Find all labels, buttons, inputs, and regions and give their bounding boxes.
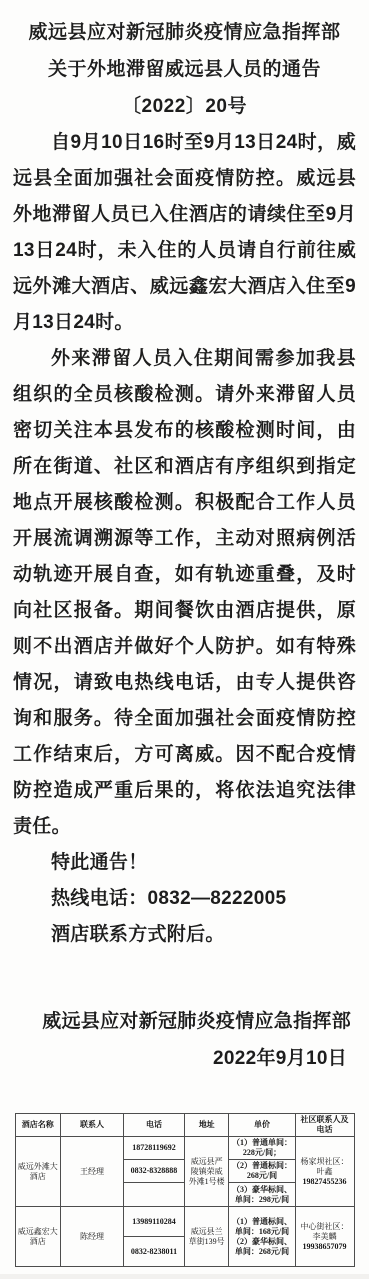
hotel1-price-2-cell: （2）普通标间：268元/间 — [229, 1160, 295, 1183]
hotel-contact-table: 酒店名称 联系人 电话 地址 单价 社区联系人及电话 威远外滩大酒店 王经理 1… — [15, 1113, 355, 1267]
hotel1-price-3-cell: （3）豪华标间、单间：298元/间 — [229, 1183, 295, 1207]
hotel2-community-phone: 19938657079 — [298, 1242, 352, 1252]
page-bottom-shadow — [0, 1274, 369, 1279]
hotel1-name-cell: 威远外滩大酒店 — [15, 1137, 60, 1207]
hotel1-community-cell: 杨家坝社区： 叶鑫 19827455236 — [295, 1137, 354, 1207]
document-title: 威远县应对新冠肺炎疫情应急指挥部 关于外地滞留威远县人员的通告 〔2022〕20… — [13, 14, 356, 125]
col-header-hotel-name: 酒店名称 — [15, 1114, 60, 1137]
table-row-hotel1-sub1: 威远外滩大酒店 王经理 18728119692 威远县严陵镇荣威外滩1号楼 （1… — [15, 1137, 354, 1160]
hotel1-phone-2-cell: 0832-8328888 — [124, 1160, 185, 1183]
hotel2-contact-cell: 陈经理 — [60, 1207, 123, 1267]
col-header-phone: 电话 — [124, 1114, 185, 1137]
appendix-note: 酒店联系方式附后。 — [13, 917, 356, 953]
hotel2-price-item-2: （2）豪华标间、单间：268元/间 — [231, 1237, 292, 1257]
hotel1-phone-3-cell-empty — [124, 1183, 185, 1207]
hotel1-community-district: 杨家坝社区： — [298, 1157, 352, 1167]
col-header-contact: 联系人 — [60, 1114, 123, 1137]
hotel2-phone-1-cell: 13989110284 — [124, 1207, 185, 1237]
hotel2-name-cell: 威远鑫宏大酒店 — [15, 1207, 60, 1267]
hotel2-price-item-1: （1）普通标间、单间：168元/间 — [231, 1217, 292, 1237]
table-header-row: 酒店名称 联系人 电话 地址 单价 社区联系人及电话 — [15, 1114, 354, 1137]
hotel2-community-cell: 中心街社区： 李美麟 19938657079 — [295, 1207, 354, 1267]
notice-document: 威远县应对新冠肺炎疫情应急指挥部 关于外地滞留威远县人员的通告 〔2022〕20… — [0, 14, 369, 1267]
hotel1-community-person: 叶鑫 — [298, 1167, 352, 1177]
table-row-hotel2-sub1: 威远鑫宏大酒店 陈经理 13989110284 威远县兰草街139号 （1）普通… — [15, 1207, 354, 1237]
signature-block: 威远县应对新冠肺炎疫情应急指挥部 2022年9月10日 — [13, 1003, 356, 1077]
hotel2-community-district: 中心街社区： — [298, 1222, 352, 1232]
title-line-subject: 关于外地滞留威远县人员的通告 — [13, 51, 356, 88]
hotel1-contact-cell: 王经理 — [60, 1137, 123, 1207]
hotel2-phone-2-cell: 0832-8238011 — [124, 1237, 185, 1267]
hotline-number: 热线电话：0832—8222005 — [13, 881, 356, 917]
hotel1-community-phone: 19827455236 — [298, 1177, 352, 1187]
signature-date: 2022年9月10日 — [13, 1040, 351, 1077]
hotel1-price-1-cell: （1）普通单间：228元/间； — [229, 1137, 295, 1160]
paragraph-control-measures: 自9月10日16时至9月13日24时，威远县全面加强社会面疫情防控。威远县外地滞… — [13, 125, 356, 341]
signature-org: 威远县应对新冠肺炎疫情应急指挥部 — [13, 1003, 351, 1040]
col-header-price: 单价 — [229, 1114, 295, 1137]
hotel-contact-table-wrap: 酒店名称 联系人 电话 地址 单价 社区联系人及电话 威远外滩大酒店 王经理 1… — [15, 1113, 355, 1267]
title-line-doc-number: 〔2022〕20号 — [13, 88, 356, 125]
hotel1-phone-1-cell: 18728119692 — [124, 1137, 185, 1160]
col-header-address: 地址 — [184, 1114, 228, 1137]
col-header-community-contact: 社区联系人及电话 — [295, 1114, 354, 1137]
notice-page: 威远县应对新冠肺炎疫情应急指挥部 关于外地滞留威远县人员的通告 〔2022〕20… — [0, 0, 369, 1279]
paragraph-testing-requirements: 外来滞留人员入住期间需参加我县组织的全员核酸检测。请外来滞留人员密切关注本县发布… — [13, 341, 356, 845]
hotel2-community-person: 李美麟 — [298, 1232, 352, 1242]
notice-declaration: 特此通告！ — [13, 845, 356, 881]
hotel1-address-cell: 威远县严陵镇荣威外滩1号楼 — [184, 1137, 228, 1207]
hotel2-price-cell: （1）普通标间、单间：168元/间 （2）豪华标间、单间：268元/间 — [229, 1207, 295, 1267]
title-line-issuer: 威远县应对新冠肺炎疫情应急指挥部 — [13, 14, 356, 51]
hotel2-address-cell: 威远县兰草街139号 — [184, 1207, 228, 1267]
